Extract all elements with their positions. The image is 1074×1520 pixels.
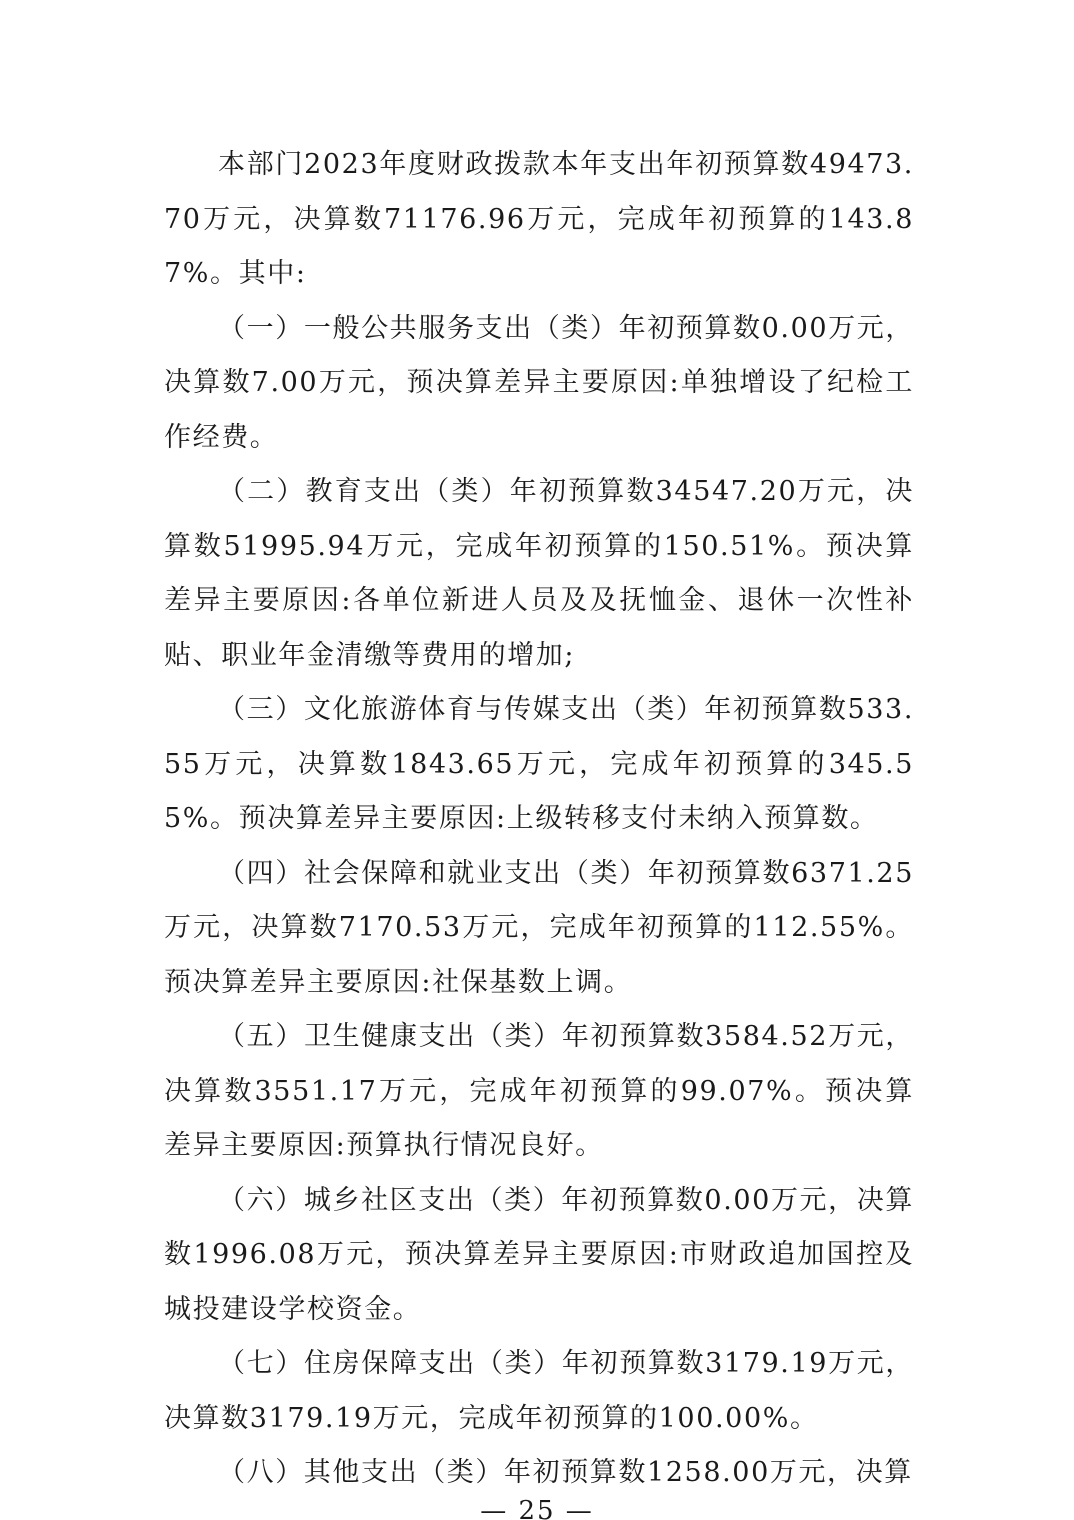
paragraph-summary: 本部门2023年度财政拨款本年支出年初预算数49473.70万元，决算数7117… <box>164 138 914 302</box>
paragraph-health: （五）卫生健康支出（类）年初预算数3584.52万元，决算数3551.17万元，… <box>164 1010 914 1174</box>
paragraph-culture-tourism-sports-media: （三）文化旅游体育与传媒支出（类）年初预算数533.55万元，决算数1843.6… <box>164 683 914 847</box>
paragraph-housing-security: （七）住房保障支出（类）年初预算数3179.19万元，决算数3179.19万元，… <box>164 1337 914 1446</box>
paragraph-social-security-employment: （四）社会保障和就业支出（类）年初预算数6371.25万元，决算数7170.53… <box>164 847 914 1011</box>
page-number: — 25 — <box>0 1496 1074 1520</box>
paragraph-education: （二）教育支出（类）年初预算数34547.20万元，决算数51995.94万元，… <box>164 465 914 683</box>
paragraph-general-public-services: （一）一般公共服务支出（类）年初预算数0.00万元，决算数7.00万元，预决算差… <box>164 302 914 466</box>
document-body: 本部门2023年度财政拨款本年支出年初预算数49473.70万元，决算数7117… <box>164 138 914 1501</box>
paragraph-urban-rural-community: （六）城乡社区支出（类）年初预算数0.00万元，决算数1996.08万元，预决算… <box>164 1174 914 1338</box>
paragraph-other-expenditure: （八）其他支出（类）年初预算数1258.00万元，决算 <box>164 1446 914 1501</box>
